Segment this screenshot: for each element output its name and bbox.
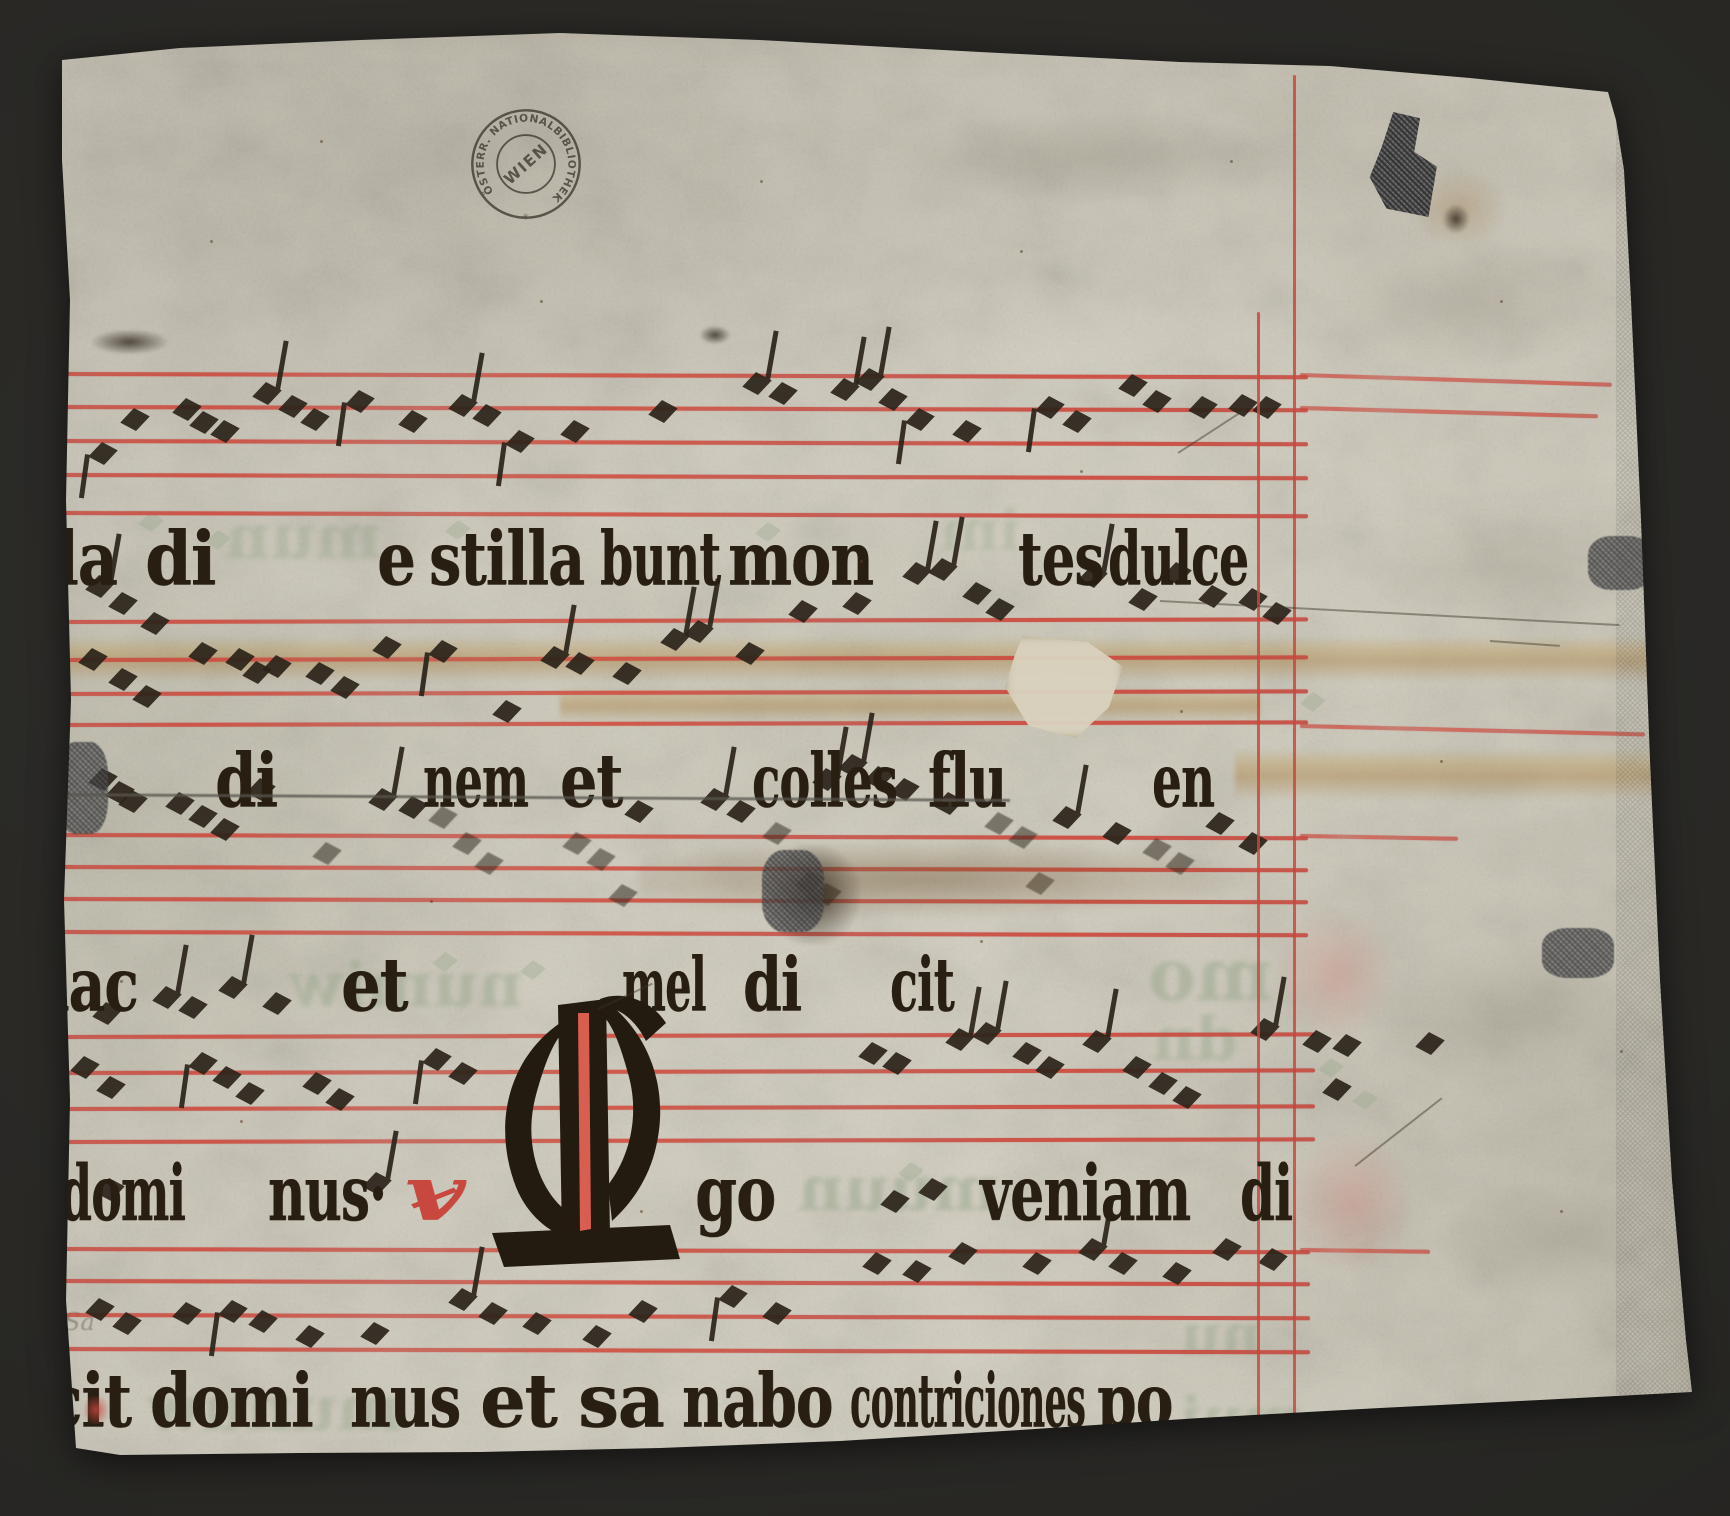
neume xyxy=(95,1075,127,1101)
chant-word: di xyxy=(743,942,801,1029)
chant-word: mon xyxy=(728,516,873,603)
chant-word: lac xyxy=(48,942,138,1029)
speck xyxy=(1660,700,1663,703)
neume xyxy=(477,1301,509,1327)
neume xyxy=(359,1321,391,1347)
bleedthrough-text: muun xyxy=(798,1152,999,1225)
neume xyxy=(367,787,399,813)
neume xyxy=(947,1241,979,1267)
speck xyxy=(1560,1210,1563,1213)
neume xyxy=(187,641,219,667)
speck xyxy=(1080,470,1083,473)
neume xyxy=(1034,1055,1066,1081)
speck xyxy=(860,560,863,563)
speck xyxy=(1020,250,1023,253)
chant-word: di xyxy=(1240,1148,1292,1238)
neume xyxy=(473,851,505,877)
manuscript-scan: munimnumiwmodnmuunmunuwnumuiSa ÖSTERR. N… xyxy=(0,0,1730,1516)
chant-word: nus xyxy=(350,1358,460,1445)
neume xyxy=(1331,1033,1363,1059)
neume xyxy=(1211,1237,1243,1263)
library-stamp: ÖSTERR. NATIONALBIBLIOTHEK ✳ WIEN xyxy=(462,100,590,228)
neume xyxy=(1061,409,1093,435)
neume xyxy=(1171,1085,1203,1111)
chant-word: e xyxy=(377,516,415,603)
stain-brownblob xyxy=(640,840,1260,918)
parchment-leaf: munimnumiwmodnmuunmunuwnumuiSa ÖSTERR. N… xyxy=(0,0,1730,1516)
neume xyxy=(927,557,959,583)
chant-word: flu xyxy=(928,738,1006,825)
speck xyxy=(240,1120,243,1123)
wrinkle-shadow xyxy=(1320,240,1630,370)
speck xyxy=(120,980,123,983)
neume xyxy=(1021,1251,1053,1277)
speck xyxy=(640,1210,643,1213)
neume xyxy=(984,597,1016,623)
chant-word: nus· xyxy=(268,1148,386,1238)
chant-word: la xyxy=(55,516,117,603)
neume xyxy=(607,883,639,909)
neume xyxy=(627,1299,659,1325)
stain-reddot xyxy=(84,1396,108,1424)
neume xyxy=(904,407,936,433)
neume xyxy=(585,847,617,873)
neume xyxy=(521,1311,553,1337)
neume xyxy=(491,699,523,725)
bleedthrough-neume xyxy=(1352,1090,1378,1110)
versicle-mark: v xyxy=(405,1148,464,1238)
speck xyxy=(1380,1430,1383,1433)
neume xyxy=(77,647,109,673)
neume xyxy=(261,654,293,680)
bleedthrough-neume xyxy=(1318,1058,1344,1078)
stain-inkblob xyxy=(92,330,167,354)
illuminated-initial-E xyxy=(466,975,691,1280)
neume xyxy=(611,661,643,687)
staff-line-extension xyxy=(1300,406,1598,418)
chant-word: po xyxy=(1097,1358,1172,1445)
neume xyxy=(234,1081,266,1107)
neume xyxy=(171,1301,203,1327)
neume xyxy=(87,441,119,467)
neume xyxy=(1107,1251,1139,1277)
neume xyxy=(1081,1029,1113,1055)
neume xyxy=(329,675,361,701)
chant-word: domi xyxy=(60,1148,185,1238)
speck xyxy=(1500,300,1503,303)
neume xyxy=(131,684,163,710)
chant-word: nem xyxy=(423,738,528,825)
neume xyxy=(447,1287,479,1313)
neume xyxy=(564,651,596,677)
chant-word: tes xyxy=(1018,516,1103,603)
initial-letter-value: E xyxy=(0,0,1,1)
margin-rule xyxy=(1293,75,1296,1452)
parchment-wrap: munimnumiwmodnmuunmunuwnumuiSa ÖSTERR. N… xyxy=(0,0,1730,1516)
neume xyxy=(1321,1077,1353,1103)
neume xyxy=(734,641,766,667)
chant-word: et xyxy=(341,942,407,1029)
neume xyxy=(1077,1237,1109,1263)
neume xyxy=(139,611,171,637)
neume xyxy=(324,1087,356,1113)
neume xyxy=(901,1259,933,1285)
chant-word: et xyxy=(480,1358,556,1445)
neume xyxy=(1257,1247,1289,1273)
chant-word: go xyxy=(695,1148,775,1238)
staff-line xyxy=(58,720,1308,726)
staff-line-extension xyxy=(1300,724,1645,736)
staff-line xyxy=(58,473,1308,480)
neume xyxy=(761,1301,793,1327)
staff-line-extension xyxy=(1300,834,1458,840)
neume xyxy=(683,619,715,645)
neume xyxy=(917,1177,949,1203)
speck xyxy=(1440,760,1443,763)
bleedthrough-text: mui xyxy=(1180,1385,1301,1451)
neume xyxy=(397,409,429,435)
staff-line xyxy=(58,930,1308,937)
neume xyxy=(1187,395,1219,421)
neume xyxy=(881,1051,913,1077)
chant-word: contriciones xyxy=(850,1358,1085,1445)
staff-line-extension xyxy=(1300,373,1612,386)
neume xyxy=(1161,1261,1193,1287)
stain-gauze xyxy=(762,850,824,932)
chant-word: di xyxy=(215,738,277,825)
chant-word: veniam xyxy=(980,1148,1190,1238)
chant-word: domi xyxy=(150,1358,312,1445)
neume xyxy=(471,403,503,429)
chant-word: sa xyxy=(578,1358,663,1445)
neume xyxy=(217,975,249,1001)
neume xyxy=(371,635,403,661)
speck xyxy=(430,900,433,903)
stain-inkblob xyxy=(700,326,730,344)
chant-word: dulce xyxy=(1108,516,1248,603)
neume xyxy=(261,991,293,1017)
neume xyxy=(1141,389,1173,415)
neume xyxy=(217,1299,249,1325)
speck xyxy=(1180,710,1183,713)
neume xyxy=(647,399,679,425)
stain-yellowband xyxy=(1235,748,1660,800)
bleedthrough-text: dn xyxy=(1152,1005,1238,1075)
speck xyxy=(760,180,763,183)
neume xyxy=(1301,1029,1333,1055)
edge-gauze-texture xyxy=(1616,95,1694,1395)
neume xyxy=(311,841,343,867)
neume xyxy=(294,1324,326,1350)
neume xyxy=(767,381,799,407)
neume xyxy=(427,639,459,665)
neume xyxy=(1249,1017,1281,1043)
neume xyxy=(299,407,331,433)
neume xyxy=(971,1021,1003,1047)
stain-gauze xyxy=(58,742,108,834)
neume xyxy=(177,995,209,1021)
stain-inkblob xyxy=(1443,205,1469,233)
neume xyxy=(504,429,536,455)
wrinkle-shadow xyxy=(880,110,1300,205)
chant-word: stilla xyxy=(429,516,584,603)
staff-line xyxy=(58,405,1308,412)
chant-word: et xyxy=(560,738,622,825)
neume xyxy=(623,799,655,825)
chant-word: cit xyxy=(890,942,954,1029)
speck xyxy=(1230,160,1233,163)
stamp-center-text: WIEN xyxy=(501,140,552,189)
neume xyxy=(247,1309,279,1335)
chant-word: en xyxy=(1152,738,1214,825)
neume xyxy=(344,389,376,415)
neume xyxy=(559,419,591,445)
neume xyxy=(111,1311,143,1337)
chant-word: nabo xyxy=(682,1358,832,1445)
chant-word: bunt xyxy=(600,516,720,603)
neume xyxy=(717,1284,749,1310)
neume xyxy=(1414,1031,1446,1057)
speck xyxy=(320,140,323,143)
bleedthrough-text: nu xyxy=(1180,1302,1261,1368)
neume xyxy=(581,1324,613,1350)
chant-word: di xyxy=(145,516,215,603)
staff-line xyxy=(58,439,1308,446)
neume xyxy=(1251,395,1283,421)
margin-rule xyxy=(46,928,49,1446)
staff-line xyxy=(58,1279,1310,1286)
speck xyxy=(540,300,543,303)
bleedthrough-neume xyxy=(1300,692,1326,712)
neume xyxy=(1051,805,1083,831)
neume xyxy=(119,407,151,433)
neume xyxy=(861,1251,893,1277)
stamp-star: ✳ xyxy=(520,210,533,224)
neume xyxy=(879,1189,911,1215)
stain-gauze xyxy=(1542,928,1614,978)
neume xyxy=(209,419,241,445)
speck xyxy=(210,240,213,243)
chant-word: colles xyxy=(752,738,897,825)
speck xyxy=(980,940,983,943)
neume xyxy=(951,419,983,445)
staff-line xyxy=(58,1347,1310,1354)
